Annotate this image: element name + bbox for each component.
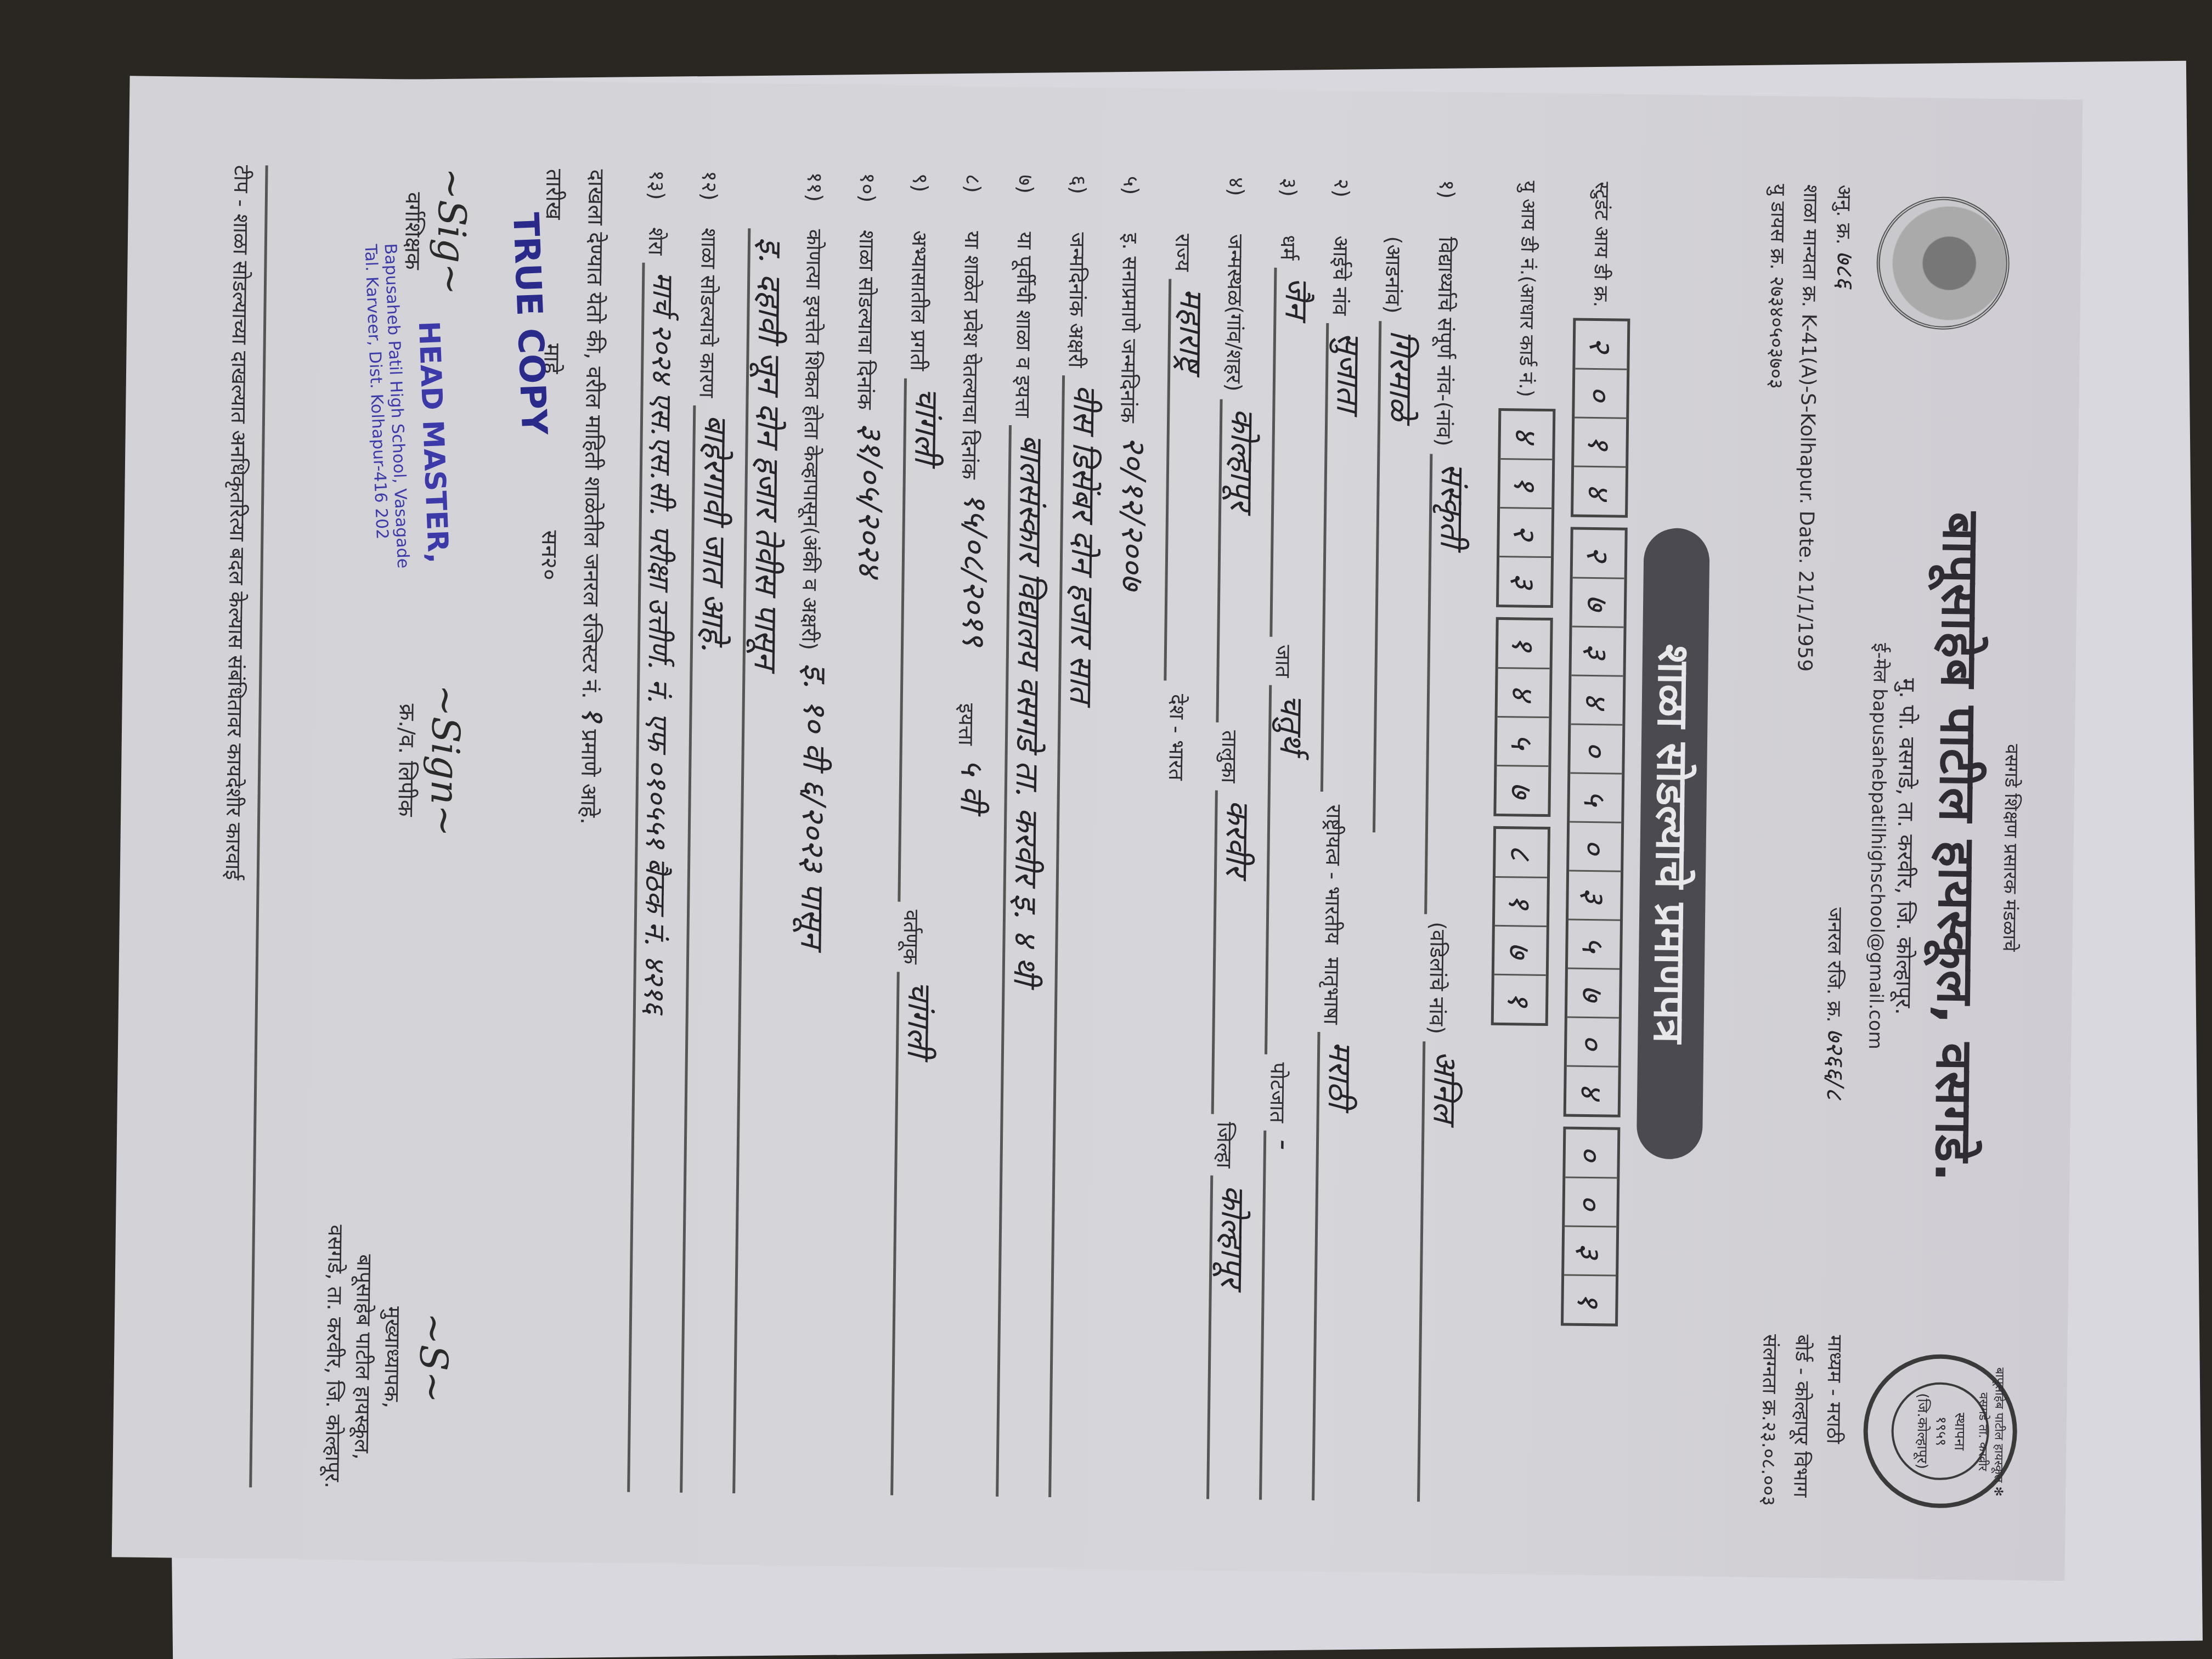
surname-value: गिरमाळे bbox=[1373, 321, 1425, 833]
student-id-digit: ७ bbox=[1572, 579, 1624, 628]
student-id-digit: २ bbox=[1573, 530, 1625, 579]
class-teacher-label: वर्गशिक्षक bbox=[398, 167, 430, 295]
affiliation: संलग्नता क्र.२३.०८.००३ bbox=[1756, 1334, 1785, 1506]
student-id-digit: ० bbox=[1569, 823, 1621, 872]
student-id-row: स्टुडंट आय डी क्र. २०१४२७३४०५०३५७०४००३१ bbox=[1559, 182, 1632, 1504]
footer-note: टीप - शाळा सोडल्याच्या दाखल्यात अनधिकृतर… bbox=[212, 165, 268, 1488]
student-id-boxes: २०१४२७३४०५०३५७०४००३१ bbox=[1561, 318, 1630, 1327]
student-id-digit: ५ bbox=[1570, 774, 1622, 823]
student-id-digit: १ bbox=[1564, 1276, 1616, 1324]
uid-label: यु आय डी नं.(आधार कार्ड नं.) bbox=[1514, 180, 1543, 397]
mother-name-value: सुजाता bbox=[1321, 323, 1372, 792]
seal-line3: (जि.कोल्हापूर) bbox=[1912, 1393, 1931, 1469]
uid-digit: ७ bbox=[1496, 766, 1548, 814]
uid-digit: १ bbox=[1498, 619, 1550, 669]
year-label: सन२० bbox=[537, 531, 562, 580]
uid-digit: २ bbox=[1499, 508, 1551, 557]
student-id-digit: ३ bbox=[1564, 1227, 1616, 1277]
certificate-title: शाळा सोडल्याचे प्रमाणपत्र bbox=[1637, 528, 1710, 1159]
progress-value: चांगली bbox=[898, 379, 950, 902]
student-id-digit: ० bbox=[1565, 1178, 1617, 1228]
uid-digit: ५ bbox=[1497, 717, 1549, 766]
meta-row: अनु. क्र. ७८६ शाळा मान्यता क्र. K-41(A)-… bbox=[1750, 184, 1863, 1507]
leaving-date-value: ३१/०५/२०२४ bbox=[849, 417, 894, 582]
student-id-digit: ५ bbox=[1568, 921, 1620, 970]
fields: १) विद्यार्थ्याचे संपूर्ण नांव-(नांव) सं… bbox=[627, 170, 1486, 1503]
admission-class-value: ५ वी bbox=[951, 753, 995, 817]
uid-group: ८१७१ bbox=[1491, 826, 1550, 1025]
uid-digit: ८ bbox=[1496, 828, 1548, 878]
student-id-digit: ३ bbox=[1571, 628, 1623, 677]
signature-area: TRUE COPY HEAD MASTER, Bapusaheb Patil H… bbox=[318, 166, 475, 1490]
medium: माध्यम - मराठी bbox=[1820, 1335, 1849, 1507]
student-name-value: संस्कृती bbox=[1424, 454, 1476, 915]
student-id-digit: ० bbox=[1570, 725, 1622, 775]
nationality: राष्ट्रीयत्व - भारतीय bbox=[1318, 799, 1348, 950]
header: बापूसाहेब पाटील हायस्कूल ✻ वसगडे ता. करव… bbox=[1709, 183, 2032, 1509]
student-id-digit: ३ bbox=[1568, 872, 1621, 921]
student-id-digit: २ bbox=[1575, 321, 1627, 370]
conduct-value: चांगली bbox=[890, 972, 943, 1496]
state-value: महाराष्ट्र bbox=[1164, 279, 1215, 681]
student-id-digit: १ bbox=[1574, 419, 1626, 468]
admission-date-value: १५/०८/२०१९ bbox=[953, 487, 999, 652]
clerk-signature: ~Sign~ bbox=[422, 684, 469, 837]
seal-ring-text: बापूसाहेब पाटील हायस्कूल ✻ वसगडे ता. करव… bbox=[1974, 1359, 2007, 1505]
student-id-digit: ० bbox=[1567, 1018, 1619, 1068]
birthplace-value: कोल्हापूर bbox=[1216, 399, 1266, 723]
uid-digit: ४ bbox=[1498, 668, 1550, 718]
uid-boxes: ४१२३१४५७८१७१ bbox=[1491, 408, 1556, 1025]
school-seal: बापूसाहेब पाटील हायस्कूल ✻ वसगडे ता. करव… bbox=[1863, 1353, 2018, 1509]
uid-digit: १ bbox=[1500, 459, 1552, 509]
clerk-label: क्र./व. लिपीक bbox=[392, 684, 424, 836]
uid-group: ४१२३ bbox=[1496, 408, 1555, 607]
uid-row: यु आय डी नं.(आधार कार्ड नं.) ४१२३१४५७८१७… bbox=[1485, 180, 1558, 1503]
recognition-number: शाळा मान्यता क्र. K-41(A)-S-Kolhapur. Da… bbox=[1792, 184, 1825, 672]
general-register-number: जनरल रजि. क्र. ७२६६/८ bbox=[1819, 907, 1854, 1100]
serial-number: अनु. क्र. ७८६ bbox=[1825, 184, 1864, 672]
student-id-digit: ४ bbox=[1571, 676, 1623, 726]
uid-digit: १ bbox=[1494, 975, 1546, 1023]
remarks-value: मार्च २०२४ एस.एस.सी. परीक्षा उत्तीर्ण. न… bbox=[627, 263, 684, 1493]
uid-digit: ७ bbox=[1494, 926, 1547, 975]
dob-value: २०/१२/२००७ bbox=[1112, 431, 1158, 596]
subcaste-value: - bbox=[1259, 1130, 1305, 1500]
class-since-value: इ. १० वी ६/२०२३ पासून bbox=[792, 658, 839, 953]
udise-number: यु डायस क्र. २७३४०५०३७०३ bbox=[1760, 184, 1793, 672]
caste-value: चतुर्थ bbox=[1265, 685, 1315, 1055]
board: बोर्ड - कोल्हापूर विभाग bbox=[1788, 1334, 1817, 1506]
uid-digit: ३ bbox=[1499, 557, 1551, 605]
student-id-group: २७३४०५०३५७०४ bbox=[1564, 527, 1628, 1118]
uid-group: १४५७ bbox=[1493, 617, 1553, 816]
student-id-digit: ७ bbox=[1567, 969, 1620, 1019]
student-id-digit: ० bbox=[1565, 1130, 1617, 1179]
leaving-certificate: बापूसाहेब पाटील हायस्कूल ✻ वसगडे ता. करव… bbox=[112, 76, 2083, 1581]
uid-digit: ४ bbox=[1500, 410, 1553, 460]
register-number: १ bbox=[574, 706, 612, 723]
district-value: कोल्हापूर bbox=[1206, 1176, 1256, 1500]
religion-value: जैन bbox=[1269, 268, 1320, 637]
headmaster-stamp: HEAD MASTER, bbox=[412, 320, 455, 564]
seal-line2: १९५९ bbox=[1931, 1417, 1949, 1447]
headmaster-school: बापूसाहेब पाटील हायस्कूल, bbox=[347, 1225, 379, 1489]
school-name: बापूसाहेब पाटील हायस्कूल, वसगडे. bbox=[1917, 186, 2001, 1509]
student-id-group: ००३१ bbox=[1561, 1127, 1620, 1327]
seal-line1: स्थापना bbox=[1949, 1413, 1968, 1451]
student-id-digit: ० bbox=[1575, 370, 1627, 419]
uid-digit: १ bbox=[1495, 877, 1547, 927]
headmaster-signature: ~S~ bbox=[405, 1226, 462, 1490]
country: देश - भारत bbox=[1163, 689, 1192, 786]
student-id-label: स्टुडंट आय डी क्र. bbox=[1588, 182, 1617, 308]
mother-tongue-value: मराठी bbox=[1312, 1032, 1363, 1501]
headmaster-address: वसगडे, ता. करवीर, जि. कोल्हापूर. bbox=[318, 1224, 350, 1488]
headmaster-label: मुख्याध्यापक, bbox=[376, 1225, 408, 1489]
father-name-value: अनिल bbox=[1417, 1042, 1469, 1503]
taluka-value: करवीर bbox=[1211, 791, 1261, 1115]
student-id-group: २०१४ bbox=[1571, 318, 1630, 518]
student-id-digit: ४ bbox=[1573, 467, 1626, 515]
class-teacher-signature: ~Sig~ bbox=[428, 167, 475, 295]
student-id-digit: ४ bbox=[1566, 1067, 1618, 1115]
